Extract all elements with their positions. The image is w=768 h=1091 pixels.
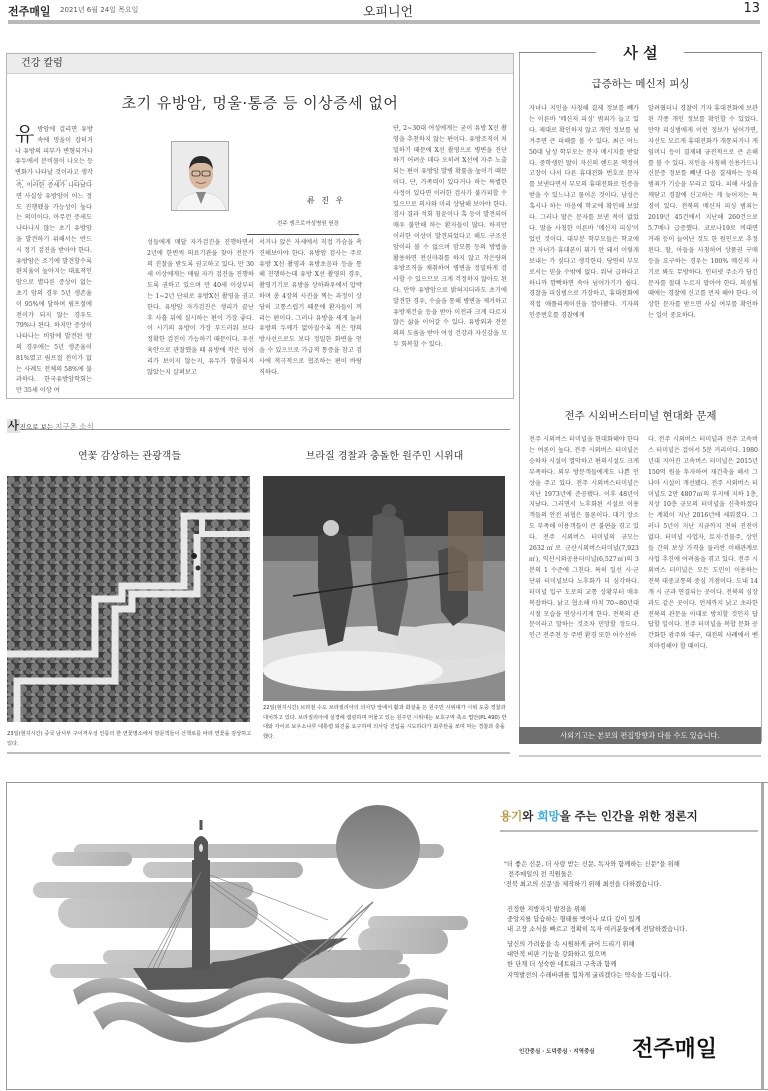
page-number: 13 bbox=[743, 1, 760, 16]
brazil-protest-photo bbox=[263, 476, 505, 701]
author-title: 전주 엠즈로여성병원 원장 bbox=[277, 219, 339, 227]
editorial-2-col2: 다. 전주 시외버스 터미널과 전주 고속버스 터미널은 걸어서 5분 거리이다… bbox=[648, 435, 758, 697]
ship-illustration bbox=[8, 790, 488, 1080]
editorial-bottom-divider bbox=[519, 755, 761, 757]
ad-title-divider bbox=[500, 830, 758, 832]
health-column: 건강 칼럼 초기 유방암, 멍울·통증 등 이상증세 없어 유 방암에 걸리면 … bbox=[6, 53, 514, 399]
disclaimer-banner: 사외기고는 본보의 편집방향과 다를 수도 있습니다. bbox=[519, 727, 761, 744]
lotus-pond-photo bbox=[7, 476, 250, 722]
photo-news-bottom-divider bbox=[7, 752, 510, 754]
ad-title-gold: 용기 bbox=[500, 809, 522, 823]
section-title: 오피니언 bbox=[8, 1, 768, 20]
ad-paragraph-2: 진정한 지방자치 발전을 위해 중앙지를 답습하는 형태를 벗어나 보다 깊이 … bbox=[507, 905, 687, 936]
editorial-headline-1: 급증하는 메신저 피싱 bbox=[520, 76, 761, 91]
byline-divider bbox=[247, 234, 359, 235]
ad-paragraph-3: 당신의 가려움을 속 시원하게 긁어 드리기 위해 대안적 비판 기능을 강화하… bbox=[507, 940, 671, 981]
column-text-col3: 서거나 앉은 자세에서 직접 가슴을 촉진해보아야 한다. 유방암 검사는 주로… bbox=[259, 238, 362, 394]
author-portrait-icon bbox=[172, 142, 229, 211]
column-text-col1-cont: 즉, 이러한 증세가 나타났다면 사실상 유방암이 어느 정도 진행됐을 가능성… bbox=[16, 181, 92, 393]
ad-slogan: 인간중심 · 도덕중심 · 지역중심 bbox=[519, 1047, 595, 1055]
column-text-col4: 단, 2~30대 여성에게는 굳이 유방 X선 촬영을 추천하지 않는 편이다.… bbox=[393, 124, 507, 394]
photo-2-caption: 22일(현지시간) 브라질 수도 브라질리아의 의사당 앞에서 활과 화살을 든… bbox=[263, 704, 507, 742]
column-section-label: 건강 칼럼 bbox=[7, 54, 513, 74]
editorial-1-col2: 알려줬더니 경찰이 기자 휴대전화에 보관된 각종 개인 정보를 확인할 수 있… bbox=[648, 104, 758, 400]
newspaper-logo: 전주매일 bbox=[632, 1032, 717, 1063]
author-name: 류 진 우 bbox=[307, 195, 345, 206]
column-text-col2: 성들에게 매달 자가검진을 진행하면서 2년에 한번씩 의료기관을 찾아 전문가… bbox=[147, 238, 254, 394]
editorial-1-col1: 자녀나 지인을 사칭해 결제 정보를 빼가는 이른바 '메신저 피싱' 범죄가 … bbox=[529, 104, 639, 400]
column-text-col1: 유 방암에 걸리면 유방 속에 멍울이 잡히거나 유방의 피부가 변형되거나 유… bbox=[15, 125, 93, 181]
photo-news-label-gray: 지구촌 소식 bbox=[55, 422, 94, 431]
editorial-box: 사 설 급증하는 메신저 피싱 자녀나 지인을 사칭해 결제 정보를 빼가는 이… bbox=[519, 52, 762, 742]
masthead-divider bbox=[8, 20, 760, 24]
editorial-label: 사 설 bbox=[520, 42, 761, 63]
photo-1-title: 연꽃 감상하는 관광객들 bbox=[7, 447, 252, 462]
ad-paragraph-1: "더 좋은 신문, 더 사랑 받는 신문, 독자와 함께하는 신문"을 위해 전… bbox=[504, 860, 680, 891]
column-headline: 초기 유방암, 멍울·통증 등 이상증세 없어 bbox=[7, 92, 513, 113]
editorial-2-col1: 전주 시외버스 터미널을 현대화해야 한다는 여론이 높다. 전주 시외버스 터… bbox=[529, 435, 639, 697]
photo-news-label-small: 진으로 보는 bbox=[20, 423, 53, 431]
author-photo bbox=[171, 141, 229, 211]
photo-news-label-big: 사 bbox=[7, 419, 20, 433]
masthead: 전주매일 2021년 6월 24일 목요일 오피니언 13 bbox=[8, 0, 768, 22]
ad-right-border bbox=[761, 783, 764, 1090]
photo-news-header: 사진으로 보는지구촌 소식 bbox=[7, 414, 510, 430]
drop-cap: 유 bbox=[15, 125, 34, 143]
editorial-headline-2: 전주 시외버스터미널 현대화 문제 bbox=[520, 408, 761, 423]
ad-title: 용기와 희망을 주는 인간을 위한 정론지 bbox=[500, 808, 698, 824]
photo-2-title: 브라질 경찰과 충돌한 원주민 시위대 bbox=[262, 447, 507, 462]
ad-title-blue: 희망 bbox=[537, 809, 559, 823]
photo-1-caption: 23일(현지시간) 중국 남서부 구이저우성 인룽의 한 연꽃명소에서 방문객들… bbox=[7, 730, 252, 749]
